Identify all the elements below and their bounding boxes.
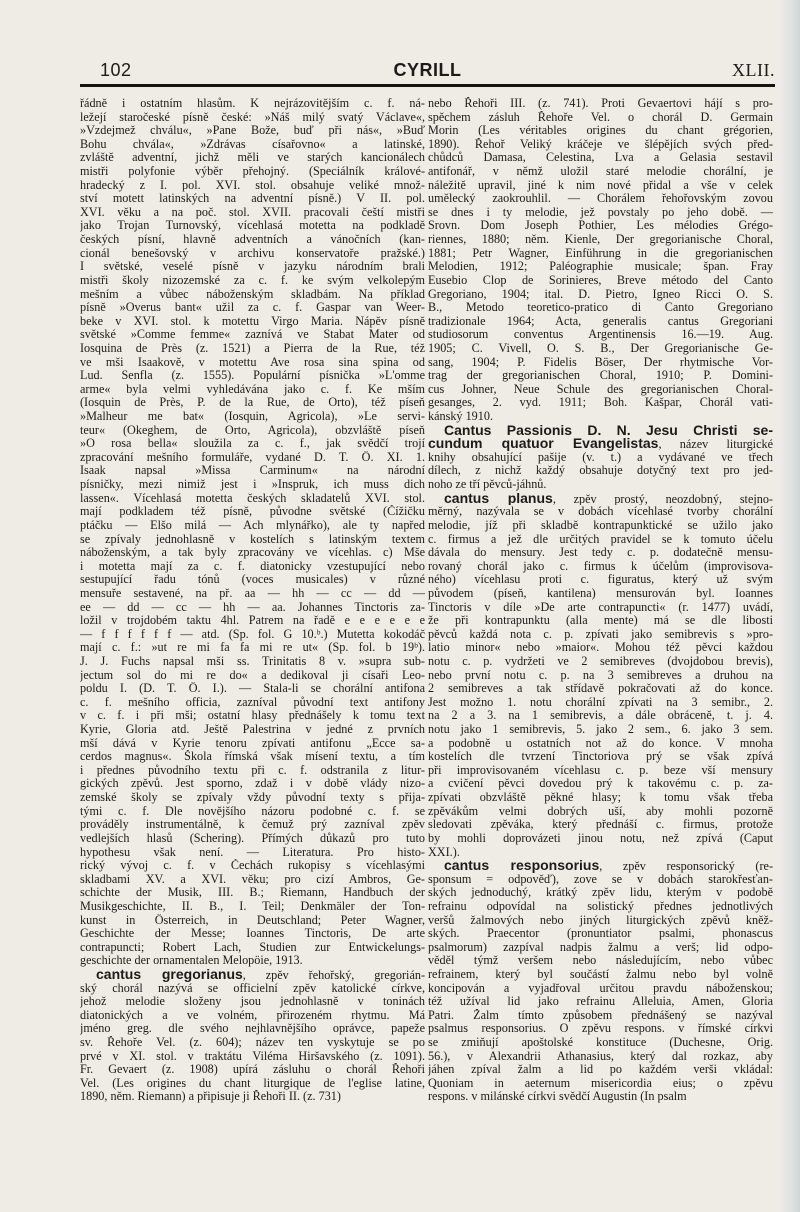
- text-line: nebo Řehoři III. (z. 741). Proti Gevaert…: [428, 97, 773, 111]
- text-line: beke v XVI. stol. k motettu Virgo Maria.…: [80, 315, 425, 329]
- text-line: Bohu chvála«, »Zdrávas císařovno« a lati…: [80, 138, 425, 152]
- text-line: knihy obsahující pašije (v. t.) a vydáva…: [428, 451, 773, 465]
- text-line: cionál benešovský v archivu konservatoře…: [80, 247, 425, 261]
- text-line: chůdců Damasa, Celestina, Lva a Gelasia …: [428, 151, 773, 165]
- text-line: gických zpěvů. Jest sporno, zdaž i v dob…: [80, 777, 425, 791]
- text-line: notu jako 1 semibrevis, 5. jako 2 sem., …: [428, 723, 773, 737]
- text-line: melodie, jíž při skladbě kontrapunktické…: [428, 519, 773, 533]
- text-line: 1881; Petr Wagner, Einführung in die gre…: [428, 247, 773, 261]
- text-line: by mohli doprovázeti jinou notu, než zpí…: [428, 832, 773, 846]
- text-line: i přednes původního textu při c. f. odst…: [80, 764, 425, 778]
- text-line: sv. Řehoře Vel. (z. 604); název ten vysk…: [80, 1036, 425, 1050]
- text-line: spěchem zásluh Řehoře Vel. o chorál D. G…: [428, 111, 773, 125]
- text-line: 1890). Řehoř Veliký kráčeje ve šlépějích…: [428, 138, 773, 152]
- text-line: že při kontrapunktu (alla mente) má se d…: [428, 614, 773, 628]
- text-line: psalmorum) zazpíval nadpis žalmu a verš;…: [428, 941, 773, 955]
- text-line: jméno greg. dle svého nejhlavnějšího opr…: [80, 1022, 425, 1036]
- text-line: Tinctoris v díle »De arte contrapuncti« …: [428, 601, 773, 615]
- text-line: sang, 1904; P. Fidelis Böser, Der rhytmi…: [428, 356, 773, 370]
- text-line: XXI.).: [428, 846, 773, 860]
- text-line: ptáčku — Elšo milá — Ach mlynářko), ale …: [80, 519, 425, 533]
- text-line: ských. Praecentor (pronuntiator psalmi, …: [428, 927, 773, 941]
- text-line: Vel. (Les origines du chant liturgique d…: [80, 1077, 425, 1091]
- text-line: Isaak napsal »Missa Carminum« na národní: [80, 464, 425, 478]
- text-line: refrainem, který byl součástí žalmu nebo…: [428, 968, 773, 982]
- text-line: a podobně u ostatních not až do konce. V…: [428, 737, 773, 751]
- text-line: zpívati obzvláště pěkné hlasy; k tomu vš…: [428, 791, 773, 805]
- text-line: c. f. mešního officia, zazníval původní …: [80, 696, 425, 710]
- text-line: ství motett latinských na adventní písně…: [80, 192, 425, 206]
- text-line: refrainu odpovídal na solistický přednes…: [428, 900, 773, 914]
- text-line: se dnes i ty melodie, jež povstaly po je…: [428, 206, 773, 220]
- text-line: veršů žalmových nebo jiných liturgických…: [428, 914, 773, 928]
- text-line: věděl týmž veršem nebo následujícím, neb…: [428, 954, 773, 968]
- text-line: mají c. f.: »ut re mi fa fa mi re ut« (S…: [80, 641, 425, 655]
- text-line: a cvičení pěvci dovedou prý k takovému c…: [428, 777, 773, 791]
- entry-cantus-planus: cantus planus, zpěv prostý, neozdobný, s…: [428, 492, 773, 859]
- text-line: kostelích dle tvrzení Tinctoriova prý se…: [428, 750, 773, 764]
- text-line: I světské, veselé písně v jazyku národní…: [80, 260, 425, 274]
- text-line: i motetta mají za c. f. diatonicky vzest…: [80, 560, 425, 574]
- entry-first-line: cundum quatuor Evangelistas, název litur…: [428, 437, 773, 451]
- text-line: ee — dd — cc — hh — aa. Johannes Tinctor…: [80, 601, 425, 615]
- text-line: kánský 1910.: [428, 410, 773, 424]
- text-line: gesanges, 2. vyd. 1911; Boh. Kašpar, Cho…: [428, 396, 773, 410]
- text-line: kunst in Österreich, in Deutschland; Pet…: [80, 914, 425, 928]
- entry-first-line: cantus gregorianus, zpěv řehořský, grego…: [80, 968, 425, 982]
- text-line: cus Johner, Neue Schule des gregorianisc…: [428, 383, 773, 397]
- text-line: Jest možno 1. notu chorální zpívati na 3…: [428, 696, 773, 710]
- text-line: Melodien, 1912; Paléographie musicale; š…: [428, 260, 773, 274]
- text-line: 1890, něm. Riemann) a připisuje ji Řehoř…: [80, 1090, 425, 1104]
- text-line: v c. f. i při mši; ostatní hlasy přednáš…: [80, 709, 425, 723]
- text-line: umělecký zaokrouhlil. — Chorálem řehořov…: [428, 192, 773, 206]
- text-line: prvé v XI. stol. v traktátu Viléma Hirša…: [80, 1050, 425, 1064]
- text-line: XVI. věku a na poč. stol. XVII. pracoval…: [80, 206, 425, 220]
- text-line: contrapuncti; Robert Lach, Studien zur E…: [80, 941, 425, 955]
- page-header: 102 CYRILL XLII.: [80, 58, 775, 84]
- entry-body: knihy obsahující pašije (v. t.) a vydáva…: [428, 451, 773, 492]
- text-line: zemské školy se zpívaly vždy původní tex…: [80, 791, 425, 805]
- text-line: 2 semibreves a tak střídavě pokračovati …: [428, 682, 773, 696]
- text-line: — f f f f f f — atd. (Sp. fol. G 10.ᵇ.) …: [80, 628, 425, 642]
- text-line: rický vývoj c. f. v Čechách rukopisy s v…: [80, 859, 425, 873]
- text-line: ložil v trojdobém taktu 4hl. Patrem na ř…: [80, 614, 425, 628]
- text-line: Kyrie, Gloria atd. Ještě Palestrina v je…: [80, 723, 425, 737]
- text-line: studiosorum conventus Argentinensis 16.—…: [428, 328, 773, 342]
- text-line: hypothesu však není. — Literatura. Pro h…: [80, 846, 425, 860]
- headword-line-1: Cantus Passionis D. N. Jesu Christi se-: [428, 424, 773, 438]
- text-line: »Vzdejmež chválu«, »Pane Bože, buď při n…: [80, 124, 425, 138]
- text-line: ného) vícehlasu proti c. figuratus, kter…: [428, 573, 773, 587]
- text-line: notu c. p. vydržeti ve 2 semibreves (dvo…: [428, 655, 773, 669]
- entry-body: ský chorál nazývá se officielní zpěv kat…: [80, 982, 425, 1104]
- text-line: dávala do mensury. Jest tedy c. p. dodat…: [428, 546, 773, 560]
- text-line: mají podkladem též písně, původne světsk…: [80, 505, 425, 519]
- text-line: zpracování mešního formuláře, vydané D. …: [80, 451, 425, 465]
- text-line: jehož melodie složeny jsou jednohlasně v…: [80, 995, 425, 1009]
- text-line: trag der gregorianischen Choral, 1910; P…: [428, 369, 773, 383]
- text-line: písně »Overus bant« užil za c. f. Gaspar…: [80, 301, 425, 315]
- text-line: mší dává v Kyrie tenoru zpívati antifonu…: [80, 737, 425, 751]
- headword: cantus responsorius: [444, 859, 599, 873]
- text-line: sponsum = odpověď), zove se v dobách sta…: [428, 873, 773, 887]
- text-line: 56.), v Alexandrii Athanasius, který dal…: [428, 1050, 773, 1064]
- text-line: c. firmus a jež dle určitých pravidel se…: [428, 533, 773, 547]
- text-line: geschichte der ornamentalen Melopöie, 19…: [80, 954, 425, 968]
- text-line: mešním a vůbec náboženským skladbám. Na …: [80, 288, 425, 302]
- text-line: Fr. Gevaert (z. 1908) upírá zásluhu o ch…: [80, 1063, 425, 1077]
- entry-first-line: cantus responsorius, zpěv responsorický …: [428, 859, 773, 873]
- text-line: jectum sol do mi re do« a dedikoval ji c…: [80, 669, 425, 683]
- text-line: B., Metodo teoretico-pratico di Canto Gr…: [428, 301, 773, 315]
- text-line: Lud. Senfla (z. 1555). Populární písničk…: [80, 369, 425, 383]
- text-line: Iosquina de Près (z. 1521) a Pierra de l…: [80, 342, 425, 356]
- text-line: zvláště adventní, jichž měli ve starých …: [80, 151, 425, 165]
- left-column: řádně i ostatním hlasům. K nejrázovitějš…: [80, 97, 425, 1104]
- text-line: Eusebio Clop de Sorinieres, Breve método…: [428, 274, 773, 288]
- text-line: 1905; C. Vivell, O. S. B., Der Gregorian…: [428, 342, 773, 356]
- text-line: vedlejších hlasů (Schering). Přímých důk…: [80, 832, 425, 846]
- text-line: »Malheur me bat« (Iosquin, Agricola), »L…: [80, 410, 425, 424]
- text-line: náležitě upravil, jiné k nim nové přidal…: [428, 179, 773, 193]
- text-line: hradecký z I. pol. XVI. stol. obsahuje v…: [80, 179, 425, 193]
- text-line: ský chorál nazývá se officielní zpěv kat…: [80, 982, 425, 996]
- entry-cantus-responsorius: cantus responsorius, zpěv responsorický …: [428, 859, 773, 1104]
- text-line: tými c. f. Dle novějšího názoru podobné …: [80, 805, 425, 819]
- text-line: dílech, z nichž každý obsahuje dotyčný t…: [428, 464, 773, 478]
- text-line: písničky, mezi nimiž jest i »Inspruk, ic…: [80, 478, 425, 492]
- text-line: na 2 a 3. na 1 semibrevis, a dále obráce…: [428, 709, 773, 723]
- text-line: světské »Comme femme« zaznívá ve Stabat …: [80, 328, 425, 342]
- text-line: poldu I. (D. T. Ö. I.). — Stala-li se ch…: [80, 682, 425, 696]
- text-line: při improvisovaném vícehlasu c. p. beze …: [428, 764, 773, 778]
- text-line: mistři školy nizozemské za c. f. ke svým…: [80, 274, 425, 288]
- entry-body: měrný, nazývala se v dobách vícehlasé tv…: [428, 505, 773, 859]
- text-line: diatonických a ve volném, přirozeném rhy…: [80, 1009, 425, 1023]
- text-line: teur« (Okeghem, de Orto, Agricola), obzv…: [80, 424, 425, 438]
- text-line: koncipován a vyjadřoval určitou pravdu n…: [428, 982, 773, 996]
- text-line: J. J. Fuchs napsal mši ss. Trinitatis 8 …: [80, 655, 425, 669]
- text-line: též užíval lid jako refrainu Alleluia, A…: [428, 995, 773, 1009]
- text-line: zpěvákům velmi dobrých uší, aby mohli po…: [428, 805, 773, 819]
- text-line: původem (píseň, kantilena) mensurován by…: [428, 587, 773, 601]
- text-line: náboženským, a tak byly zpracovány ve ví…: [80, 546, 425, 560]
- text-line: (Iosquin de Près, P. de la Rue, de Orto)…: [80, 396, 425, 410]
- text-line: Quoniam in aeternum misericordia eius; o…: [428, 1077, 773, 1091]
- text-line: ve mši Isaakově, v motettu Ave rosa sina…: [80, 356, 425, 370]
- entry-first-line: cantus planus, zpěv prostý, neozdobný, s…: [428, 492, 773, 506]
- headword: cundum quatuor Evangelistas: [428, 437, 658, 451]
- text-line: Gregoriano, 1904; ital. D. Pietro, Igneo…: [428, 288, 773, 302]
- text-line: ských jednoduchý, krátký zpěv lidu, kter…: [428, 886, 773, 900]
- volume-number: XLII.: [732, 60, 775, 81]
- text-line: ležejí staročeské písně české: »Náš milý…: [80, 111, 425, 125]
- text-line: sestupující řadu tónů (voces musicales) …: [80, 573, 425, 587]
- text-line: cerdos magnus«. Škola římská však mísení…: [80, 750, 425, 764]
- continued-entry-text: řádně i ostatním hlasům. K nejrázovitějš…: [80, 97, 425, 968]
- text-line: psalmus responsorius. O zpěvu respons. v…: [428, 1022, 773, 1036]
- text-line: Patri. Žalm tímto způsobem přednášený se…: [428, 1009, 773, 1023]
- text-line: skladbami XV. a XVI. věku; pro cizí Ambr…: [80, 873, 425, 887]
- text-line: se zmiňují apoštolské konstituce (Duches…: [428, 1036, 773, 1050]
- text-line: latio minor« nebo »maior«. Mohou též pěv…: [428, 641, 773, 655]
- scan-edge-shadow: [778, 0, 800, 1212]
- headword: cantus planus: [444, 492, 553, 506]
- text-line: prováděly instrumentálně, k čemuž prý za…: [80, 818, 425, 832]
- text-line: schichte der Musik, III. B.; Riemann, Ha…: [80, 886, 425, 900]
- text-line: Geschichte der Messe; Ioannes Tinctoris,…: [80, 927, 425, 941]
- text-line: rovaný chorál jako c. firmus k účelům (i…: [428, 560, 773, 574]
- text-line: pěvců každá nota c. p. zpívati jako semi…: [428, 628, 773, 642]
- text-line: arme« byla velmi vyhledávána jako c. f. …: [80, 383, 425, 397]
- header-rule: [80, 84, 775, 87]
- text-line: českých písní, hlavně adventních a vánoč…: [80, 233, 425, 247]
- text-line: riennes, 1880; něm. Kienle, Der gregoria…: [428, 233, 773, 247]
- text-line: jako Trojan Turnovský, vícehlasá motetta…: [80, 219, 425, 233]
- text-line: tradizionale 1964; Acta, generalis cantu…: [428, 315, 773, 329]
- text-line: se zpívaly jednohlasně v kostelích s lat…: [80, 533, 425, 547]
- right-column: nebo Řehoři III. (z. 741). Proti Gevaert…: [428, 97, 773, 1104]
- text-line: jáhen zpíval žalm a lid po každém verši …: [428, 1063, 773, 1077]
- entry-cantus-gregorianus: cantus gregorianus, zpěv řehořský, grego…: [80, 968, 425, 1104]
- text-line: lassen«. Vícehlasá motetta českých sklad…: [80, 492, 425, 506]
- text-line: nebo první notu c. p. na 3 semibreves a …: [428, 669, 773, 683]
- text-line: sledovati zpěváka, který přednáší c. fir…: [428, 818, 773, 832]
- continued-entry-text: nebo Řehoři III. (z. 741). Proti Gevaert…: [428, 97, 773, 424]
- entry-cantus-passionis: Cantus Passionis D. N. Jesu Christi se- …: [428, 424, 773, 492]
- headword: cantus gregorianus: [96, 968, 243, 982]
- text-line: mensuře sestavené, na př. aa — hh — cc —…: [80, 587, 425, 601]
- text-line: antifonář, v němž uložil staré melodie c…: [428, 165, 773, 179]
- text-line: Morin (Les véritables origines du chant …: [428, 124, 773, 138]
- text-line: mistři polyfonie výběr přehojný. (Speciá…: [80, 165, 425, 179]
- text-line: řádně i ostatním hlasům. K nejrázovitějš…: [80, 97, 425, 111]
- text-line: Musikgeschichte, II. B., I. Teil; Denkmä…: [80, 900, 425, 914]
- text-line: »O rosa bella« sloužila za c. f., jak sv…: [80, 437, 425, 451]
- running-title: CYRILL: [80, 60, 775, 81]
- entry-body: sponsum = odpověď), zove se v dobách sta…: [428, 873, 773, 1104]
- text-line: noho ze tří pěvců-jáhnů.: [428, 478, 773, 492]
- text-line: měrný, nazývala se v dobách vícehlasé tv…: [428, 505, 773, 519]
- text-line: Srovn. Dom Joseph Pothier, Les mélodies …: [428, 219, 773, 233]
- text-line: respons. v milánské církvi svědčí August…: [428, 1090, 773, 1104]
